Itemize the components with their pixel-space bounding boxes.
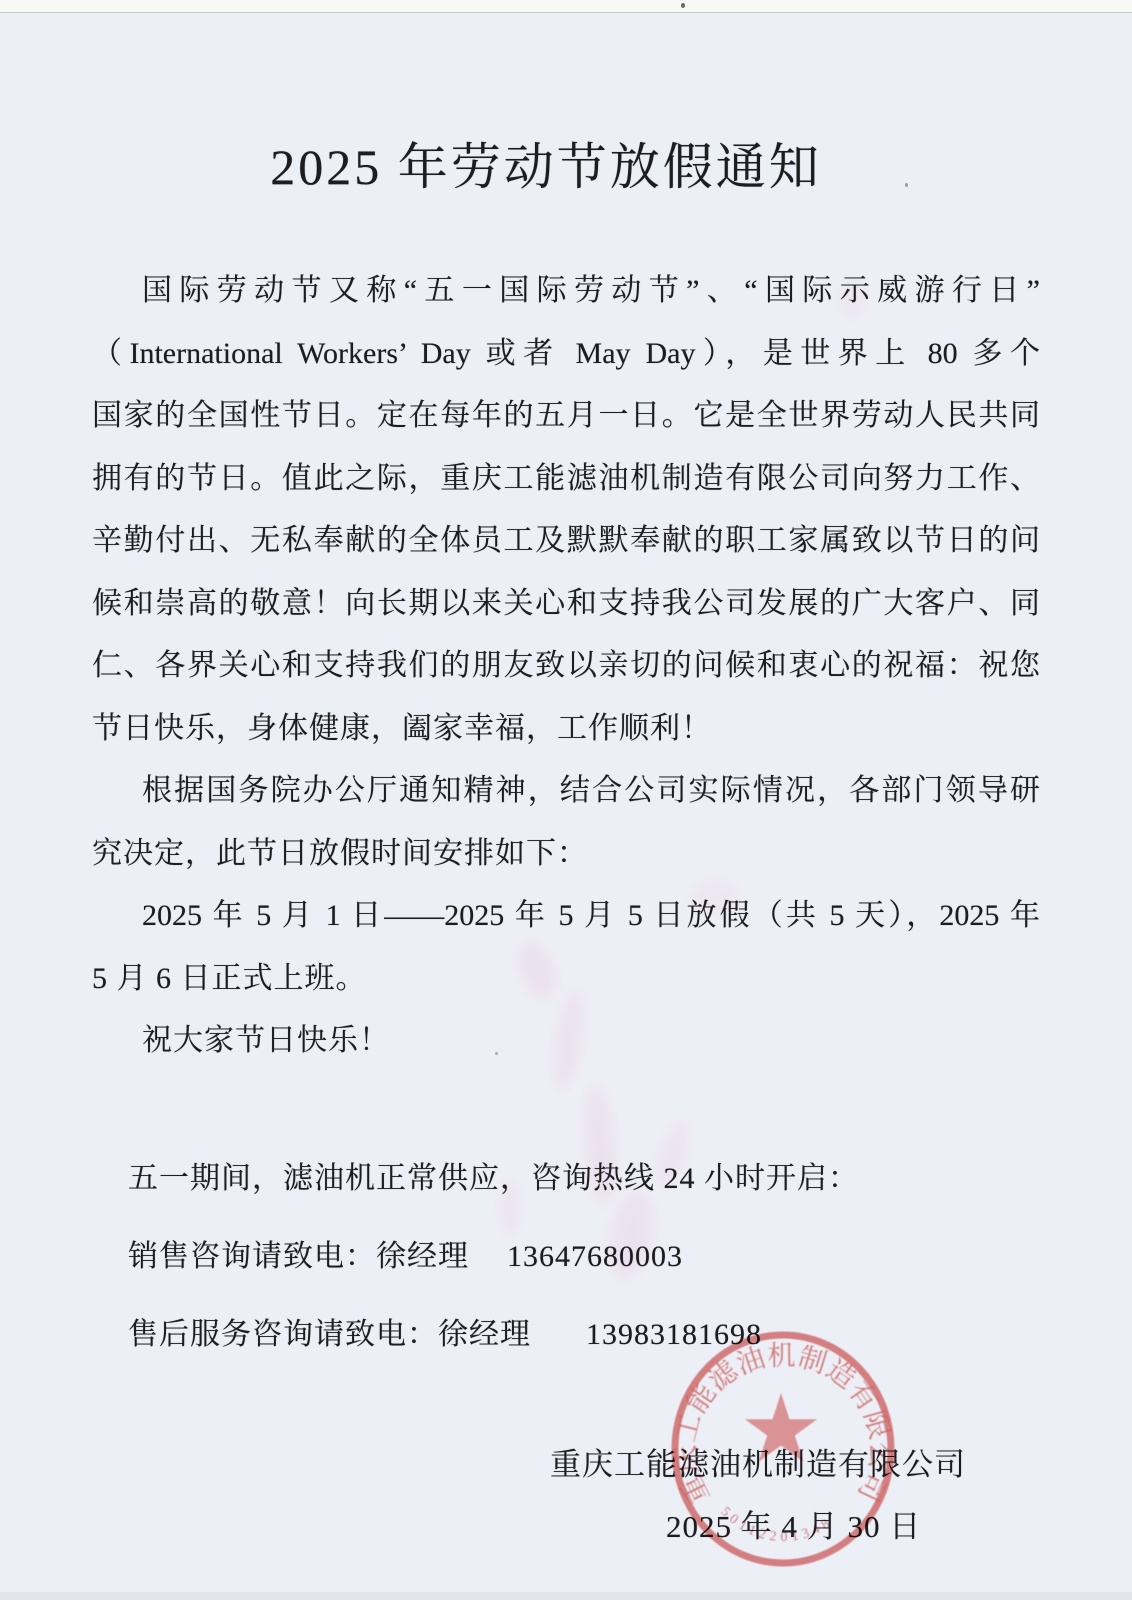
notice-title: 2025 年劳动节放假通知	[0, 134, 1112, 200]
seal-code-text: 50112201348	[717, 1505, 836, 1546]
body-line: 祝大家节日快乐！	[92, 1010, 1040, 1073]
scanned-notice-page: 2025 年劳动节放假通知 国际劳动节又称“五一国际劳动节”、“国际示威游行日”…	[0, 0, 1132, 1600]
body-line: 国家的全国性节日。定在每年的五月一日。它是全世界劳动人民共同	[92, 385, 1040, 448]
hotline-line: 五一期间，滤油机正常供应，咨询热线 24 小时开启：	[128, 1148, 859, 1211]
body-line: 候和崇高的敬意！向长期以来关心和支持我公司发展的广大客户、同	[92, 573, 1040, 636]
body-line: 根据国务院办公厅通知精神，结合公司实际情况，各部门领导研	[92, 760, 1040, 823]
body-line: 国际劳动节又称“五一国际劳动节”、“国际示威游行日”	[92, 260, 1040, 323]
body-line: 拥有的节日。值此之际，重庆工能滤油机制造有限公司向努力工作、	[92, 448, 1040, 511]
body-line: 5 月 6 日正式上班。	[92, 948, 1040, 1011]
star-icon	[745, 1393, 817, 1462]
body-line: 仁、各界关心和支持我们的朋友致以亲切的问候和衷心的祝福：祝您	[92, 635, 1040, 698]
scan-edge-bottom	[0, 1592, 1132, 1600]
body-line: 究决定，此节日放假时间安排如下：	[92, 823, 1040, 886]
scan-edge-top	[0, 0, 1132, 13]
seal-code-wrap: 50112201348	[717, 1505, 836, 1546]
notice-body: 国际劳动节又称“五一国际劳动节”、“国际示威游行日” （Internationa…	[92, 260, 1040, 1073]
sales-contact-line: 销售咨询请致电：徐经理13647680003	[128, 1226, 683, 1289]
sales-phone-number: 13647680003	[507, 1240, 683, 1273]
company-seal-stamp: 重庆工能滤油机制造有限公司 50112201348	[643, 1304, 923, 1594]
body-line: 2025 年 5 月 1 日——2025 年 5 月 5 日放假（共 5 天），…	[92, 885, 1040, 948]
body-line: 辛勤付出、无私奉献的全体员工及默默奉献的职工家属致以节日的问	[92, 510, 1040, 573]
service-contact-label: 售后服务咨询请致电：徐经理	[128, 1318, 531, 1351]
body-line: 节日快乐，身体健康，阖家幸福，工作顺利！	[92, 698, 1040, 761]
body-line: （International Workers’ Day 或者 May Day），…	[92, 323, 1040, 386]
sales-contact-label: 销售咨询请致电：徐经理	[128, 1240, 469, 1273]
scan-speck	[681, 3, 685, 8]
